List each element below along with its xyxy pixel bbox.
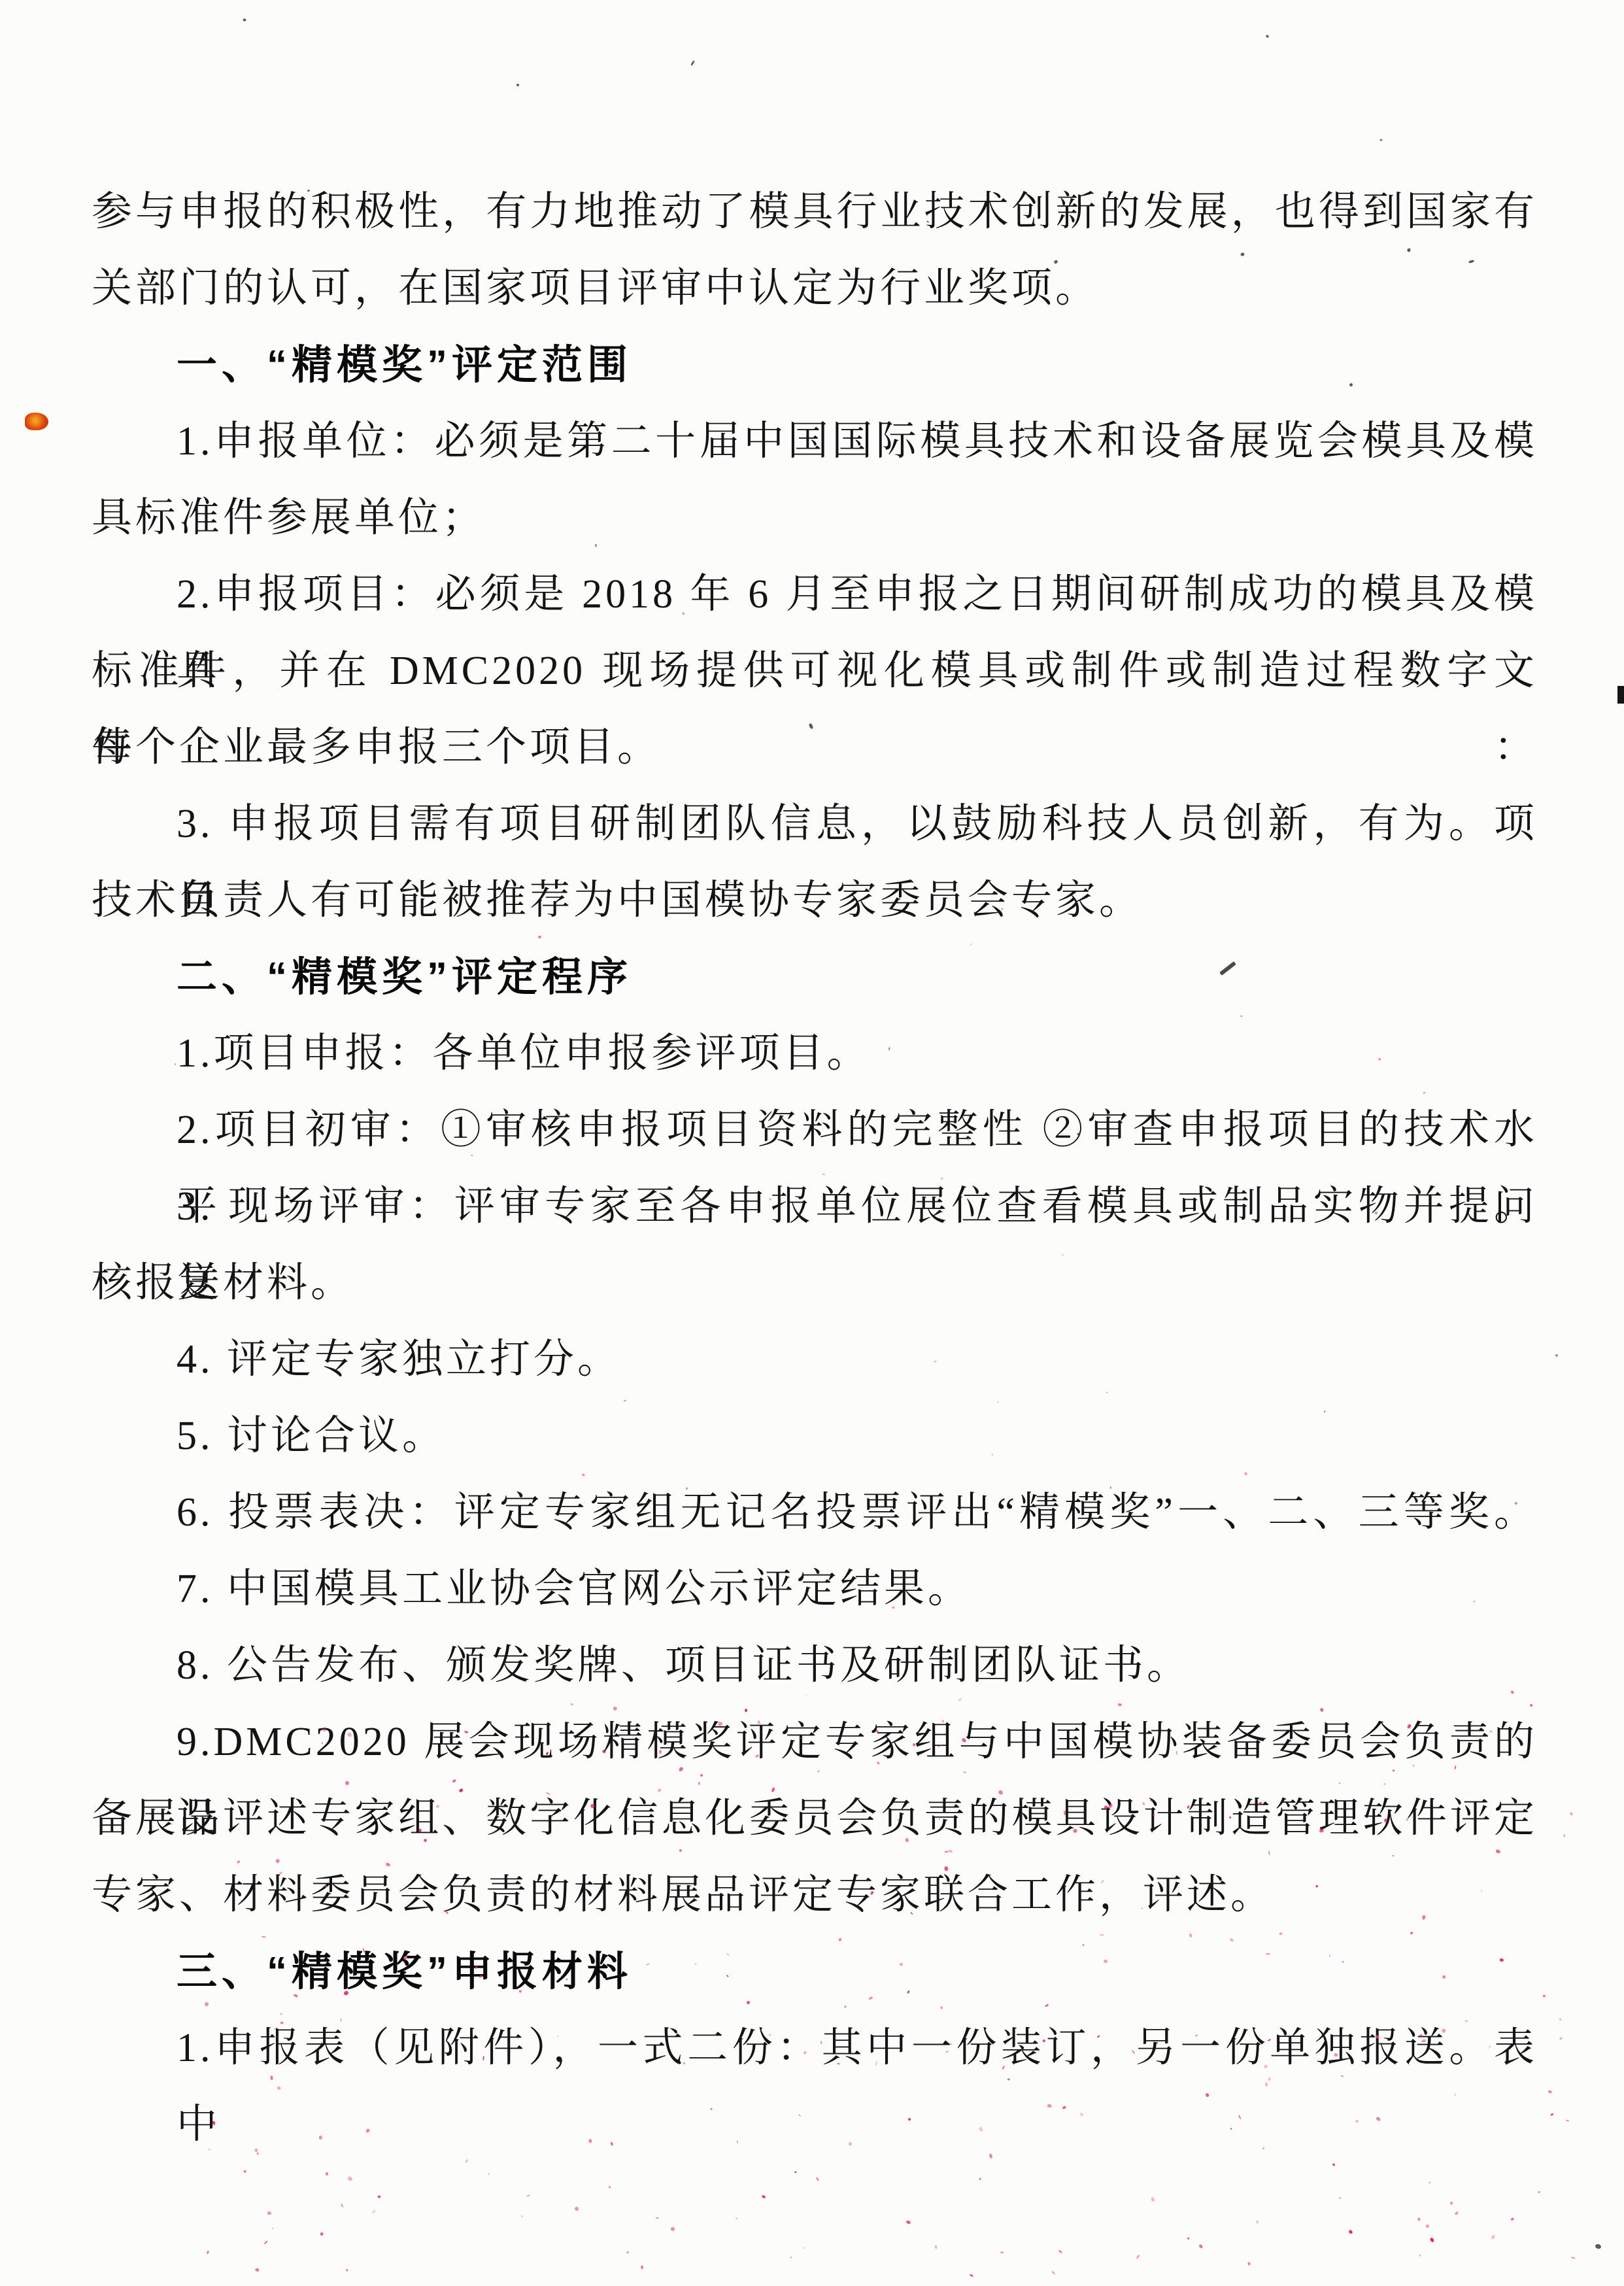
scan-speck	[1058, 2250, 1062, 2254]
scan-speck	[1265, 34, 1269, 37]
scan-speck	[656, 2217, 659, 2219]
scan-speck	[1230, 2128, 1232, 2130]
scan-speck	[1566, 2120, 1569, 2122]
scan-speck	[1569, 1811, 1573, 1815]
scan-speck	[1559, 2036, 1563, 2040]
scan-speck	[979, 2126, 983, 2132]
scan-speck	[816, 2177, 819, 2181]
scan-speck	[257, 2153, 260, 2155]
scan-speck	[736, 2217, 737, 2219]
text-line: 1.申报表（见附件），一式二份：其中一份装订，另一份单独报送。表中	[92, 2010, 1538, 2087]
scan-speck	[1256, 2220, 1259, 2223]
scan-speck	[348, 2176, 354, 2181]
scan-speck	[588, 2139, 592, 2143]
scan-edge-mark	[1617, 686, 1624, 704]
scan-speck	[521, 2215, 523, 2217]
scan-speck	[516, 83, 519, 86]
scan-speck	[254, 2268, 259, 2272]
scan-speck	[1355, 2120, 1359, 2123]
text-line: 关部门的认可，在国家项目评审中认定为行业奖项。	[92, 250, 1538, 327]
scan-speck	[1000, 2252, 1004, 2253]
scan-speck	[1151, 2197, 1155, 2202]
section-heading: 三、“精模奖”申报材料	[92, 1934, 1538, 2010]
scan-speck	[1262, 2147, 1265, 2149]
text-line: 7. 中国模具工业协会官网公示评定结果。	[92, 1551, 1538, 1628]
scan-speck	[1062, 2106, 1066, 2109]
scan-speck	[272, 2228, 274, 2229]
scan-speck	[574, 2207, 579, 2212]
scan-speck	[1425, 2224, 1430, 2228]
scan-speck	[326, 2172, 329, 2175]
scan-speck	[1136, 2254, 1140, 2259]
scan-speck	[626, 2251, 630, 2254]
scan-speck	[1198, 2244, 1204, 2249]
scan-speck	[1543, 1995, 1546, 1997]
scan-speck	[1419, 2255, 1421, 2257]
scan-speck	[1047, 2104, 1053, 2108]
scan-speck	[243, 18, 246, 22]
text-line: 2.申报项目：必须是 2018 年 6 月至申报之日期间研制成功的模具及模具	[92, 556, 1538, 633]
scan-speck	[318, 2136, 322, 2140]
text-line: 核报送材料。	[92, 1245, 1538, 1322]
scan-speck	[907, 2117, 911, 2121]
scan-speck	[264, 2240, 269, 2245]
scan-speck	[737, 2141, 738, 2143]
scan-speck	[1450, 2201, 1453, 2205]
scan-speck	[1454, 2093, 1456, 2096]
scan-speck	[1248, 2262, 1251, 2266]
scan-speck	[1051, 2271, 1055, 2275]
text-line: 2.项目初审：①审核申报项目资料的完整性 ②审查申报项目的技术水平。	[92, 1092, 1538, 1169]
scan-speck	[610, 2142, 613, 2146]
scan-speck	[905, 2220, 911, 2225]
scan-speck	[341, 2204, 344, 2208]
scan-speck	[371, 2209, 376, 2214]
scan-speck	[377, 2195, 381, 2198]
text-line: 6. 投票表决：评定专家组无记名投票评出“精模奖”一、二、三等奖。	[92, 1475, 1538, 1551]
scan-speck	[365, 2128, 370, 2134]
scan-speck	[1080, 2113, 1084, 2117]
document-page: 参与申报的积极性，有力地推动了模具行业技术创新的发展，也得到国家有关部门的认可，…	[0, 0, 1624, 2286]
scan-speck	[1430, 2237, 1435, 2242]
scan-speck	[710, 2108, 713, 2110]
scan-speck	[1379, 139, 1382, 141]
scan-speck	[1187, 2237, 1190, 2240]
scan-speck	[1538, 2191, 1540, 2193]
scan-speck	[1595, 2243, 1602, 2249]
scan-speck	[254, 2148, 258, 2153]
text-line: 5. 讨论合议。	[92, 1398, 1538, 1475]
text-line: 具标准件参展单位；	[92, 480, 1538, 556]
scan-speck	[979, 2177, 982, 2180]
scan-speck	[935, 2245, 937, 2249]
scan-speck	[1548, 2090, 1552, 2093]
scan-speck	[690, 60, 695, 66]
scan-speck	[1510, 2217, 1514, 2221]
scan-speck	[1205, 2092, 1210, 2098]
text-line: 3. 现场评审：评审专家至各申报单位展位查看模具或制品实物并提问复	[92, 1169, 1538, 1245]
text-line: 技术负责人有可能被推荐为中国模协专家委员会专家。	[92, 862, 1538, 939]
text-line: 1.申报单位：必须是第二十届中国国际模具技术和设备展览会模具及模	[92, 403, 1538, 480]
scan-speck	[794, 2171, 797, 2173]
scan-speck	[488, 2174, 490, 2175]
scan-speck	[790, 2257, 792, 2259]
scan-speck	[320, 2232, 324, 2236]
text-line: 参与申报的积极性，有力地推动了模具行业技术创新的发展，也得到国家有	[92, 174, 1538, 250]
ink-smudge-orange	[25, 413, 48, 430]
scan-speck	[1418, 2218, 1421, 2221]
scan-speck	[1555, 1354, 1558, 1357]
scan-speck	[206, 2250, 209, 2254]
scan-speck	[345, 2269, 348, 2272]
section-heading: 二、“精模奖”评定程序	[92, 939, 1538, 1015]
text-line: 4. 评定专家独立打分。	[92, 1322, 1538, 1398]
text-line: 专家、材料委员会负责的材料展品评定专家联合工作，评述。	[92, 1857, 1538, 1934]
scan-speck	[1332, 2163, 1336, 2166]
scan-speck	[243, 2170, 246, 2174]
scan-speck	[798, 2113, 801, 2117]
text-line: 标准件，并在 DMC2020 现场提供可视化模具或制件或制造过程数字文件：	[92, 633, 1538, 709]
scan-speck	[1564, 1834, 1566, 1837]
scan-speck	[1239, 2115, 1242, 2119]
text-line: 9.DMC2020 展会现场精模奖评定专家组与中国模协装备委员会负责的设	[92, 1704, 1538, 1781]
text-line: 备展品评述专家组、数字化信息化委员会负责的模具设计制造管理软件评定	[92, 1781, 1538, 1857]
scan-speck	[849, 2142, 853, 2146]
scan-speck	[1349, 2229, 1354, 2234]
scan-speck	[1339, 2198, 1341, 2199]
scan-speck	[1559, 2018, 1561, 2020]
scan-speck	[1550, 2113, 1554, 2117]
document-text-block: 参与申报的积极性，有力地推动了模具行业技术创新的发展，也得到国家有关部门的认可，…	[92, 174, 1538, 2087]
scan-speck	[804, 2247, 805, 2249]
text-line: 3. 申报项目需有项目研制团队信息，以鼓励科技人员创新，有为。项目	[92, 786, 1538, 862]
scan-speck	[670, 2226, 675, 2232]
scan-speck	[608, 2186, 611, 2189]
scan-speck	[1376, 2117, 1381, 2122]
section-heading: 一、“精模奖”评定范围	[92, 327, 1538, 403]
scan-speck	[970, 2274, 973, 2277]
scan-speck	[761, 2195, 766, 2200]
text-line: 1.项目申报：各单位申报参评项目。	[92, 1015, 1538, 1092]
scan-speck	[465, 2159, 468, 2163]
scan-speck	[267, 2211, 271, 2215]
scan-speck	[989, 2153, 992, 2158]
scan-speck	[1429, 2181, 1430, 2184]
scan-speck	[641, 2265, 644, 2270]
scan-speck	[1454, 2211, 1459, 2216]
scan-speck	[1571, 2257, 1576, 2259]
scan-speck	[1491, 2234, 1496, 2240]
text-line: 8. 公告发布、颁发奖牌、项目证书及研制团队证书。	[92, 1628, 1538, 1704]
scan-speck	[526, 2194, 531, 2198]
